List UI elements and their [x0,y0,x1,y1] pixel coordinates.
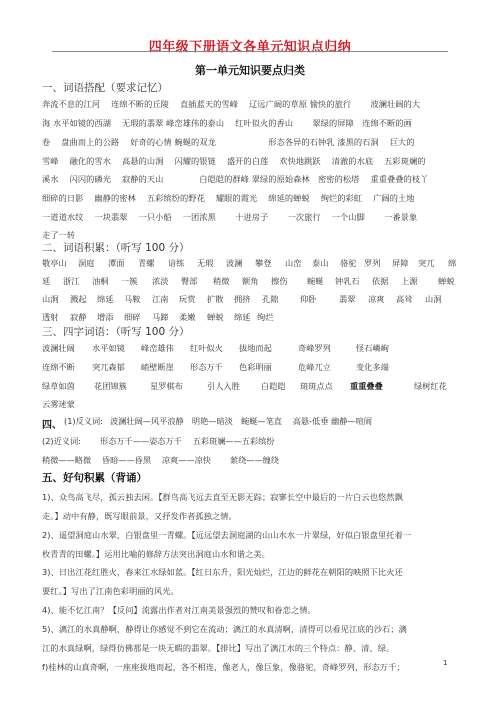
section1-line: 海 水平如镜的西湖 无瑕的翡翠 峰峦雄伟的泰山 红叶似火的香山 翠绿的屏障 连绵… [42,118,482,129]
section1-line: 细碎的日影 幽静的密林 五彩缤纷的野花 耀眼的霞光 绵延的蝉蜕 绚烂的彩虹 广阔… [42,193,482,204]
vocab-word: 油桐 [92,276,108,287]
vocab-word: 翡翠 [339,294,355,305]
vocab-word: 屏障 [392,258,408,269]
title-divider [52,51,448,52]
section1-line: 雪峰 融化的雪水 高悬的山涧 闪耀的银链 盛开的白莲 欢快地跳跃 清澈的水底 五… [42,156,482,167]
idiom: 重重叠叠 [350,381,383,392]
sentence-line: 5)、漓江的水真静啊，静得让你感觉不到它在流动；漓江的水真清啊，清得可以看见江底… [42,624,482,635]
unit-title: 第一单元知识要点归类 [0,62,500,78]
idiom: 绿草如茵 [42,381,75,392]
vocab-word: 绚烂 [257,312,273,323]
section4-heading: 四、 [42,416,62,431]
idiom: 变化多端 [356,362,389,373]
section1-heading: 一、词语搭配（要求记忆） [42,80,168,95]
idiom: 怪石嶙峋 [356,343,389,354]
sentence-line: 3)、日出江花红胜火，春来江水绿如蓝。【红日东升，阳光灿烂，江边的鲜花在朝阳的映… [42,567,482,578]
vocab-word: 一簇 [121,276,137,287]
vocab-word: 罗列 [364,258,380,269]
vocab-word: 仰卧 [300,294,316,305]
sentence-line: 枚青青的田螺。】运用比喻的修辞方法突出洞庭山水和谐之美。 [42,549,482,560]
antonyms-list: 波澜壮阔—风平浪静 明艳—暗淡 蜿蜒—笔直 高悬-低垂 幽静—喧闹 [110,416,372,427]
vocab-word: 浓淡 [152,276,168,287]
idiom: 波澜壮阔 [42,343,75,354]
vocab-word: 额角 [242,276,258,287]
vocab-word: 蜿蜒 [307,276,323,287]
vocab-word: 洞庭 [78,258,94,269]
idiom: 拔地而起 [239,343,272,354]
section1-line: 奔流不息的江河 连绵不断的丘陵 直插蓝天的雪峰 辽远广阔的草原 愉快的旅行 波澜… [42,99,482,110]
vocab-word: 蝉蜕 [438,276,454,287]
idiom: 星罗棋布 [150,381,183,392]
vocab-word: 拥挤 [234,294,250,305]
vocab-word: 臀部 [181,276,197,287]
antonyms-label: (1)反义词: [64,416,103,427]
idiom: 绿树红花 [414,381,447,392]
synonyms-label: (2)近义词: [42,436,81,447]
idiom: 峰峦雄伟 [141,343,174,354]
section1-line: 一道道水纹 一块翡翠 一只小船 一团浓黑 十进房子 一次旅行 一个山脚 一番景象 [42,212,482,223]
vocab-word: 绵延 [234,312,250,323]
sentence-line: 4)、能不忆江南？【反问】流露出作者对江南美景强烈的赞叹和眷恋之情。 [42,605,482,616]
idiom: 奇峰罗列 [298,343,331,354]
vocab-word: 青螺 [138,258,154,269]
vocab-word: 透射 [42,312,58,323]
sentence-line: 江的水真绿啊，绿得仿佛那是一块无暇的翡翠。【排比】写出了漓江水的三个特点：静、清… [42,643,482,654]
idiom: 红叶似火 [190,343,223,354]
idiom: 峭壁断崖 [141,362,174,373]
vocab-word: 蝉蜕 [207,312,223,323]
idiom: 危峰兀立 [298,362,331,373]
section5-heading: 五、好句积累（背诵） [42,470,147,485]
vocab-word: 上源 [401,276,417,287]
vocab-word: 山洞 [425,294,441,305]
section1-line: 溪水 闪闪的磷光 寂静的天山 白皑皑的群峰 翠绿的原始森林 密密的松塔 重重叠叠… [42,174,482,185]
vocab-word: 山峦 [285,258,301,269]
vocab-word: 稍微 [213,276,229,287]
vocab-word: 潭面 [108,258,124,269]
vocab-word: 延 [42,276,50,287]
vocab-word: 突兀 [418,258,434,269]
vocab-word: 细碎 [124,312,140,323]
vocab-word: 波澜 [226,258,242,269]
vocab-word: 玩赏 [179,294,195,305]
vocab-word: 敬亭山 [42,258,67,269]
vocab-word: 攀登 [255,258,271,269]
idiom: 花团锦簇 [94,381,127,392]
vocab-word: 山涧 [42,294,58,305]
synonyms-list: 形态万千——姿态万千 五彩斑斓——五彩缤纷 [100,436,275,447]
vocab-word: 谙练 [168,258,184,269]
sentence-line: 走。】动中有静，既写眼前景，又抒发作者孤独之情。 [42,511,482,522]
vocab-word: 钟乳石 [335,276,360,287]
vocab-word: 无瑕 [197,258,213,269]
vocab-word: 骆驼 [340,258,356,269]
idiom: 斑斑点点 [300,381,333,392]
idiom: 水平如镜 [92,343,125,354]
section1-line: 卷 盘曲而上的公路 好奇的心情 蜿蜒的双龙 形态各异的石钟乳 漆黑的石洞 巨大的 [42,137,482,148]
section2-heading: 二、词语积累：（听写 100 分） [42,240,189,255]
document-page: 四年级下册语文各单元知识点归纳 第一单元知识要点归类 一、词语搭配（要求记忆） … [0,0,500,707]
synonyms-list: 稍微——略微 昏暗——昏黑 凉爽——凉快 萦绕——缠绕 [42,455,279,466]
idiom: 白皑皑 [261,381,286,392]
vocab-word: 依据 [372,276,388,287]
page-number: 1 [443,659,447,667]
vocab-word: 高耸 [396,294,412,305]
vocab-word: 孔隙 [262,294,278,305]
vocab-word: 绵 [448,258,456,269]
idiom: 引人入胜 [207,381,240,392]
idiom: 形态万千 [190,362,223,373]
idiom: 连绵不断 [42,362,75,373]
sentence-line: 2)、遥望洞庭山水翠，白银盘里一青螺。【远远望去洞庭湖的山山水水一片翠绿，好似白… [42,530,482,541]
document-title: 四年级下册语文各单元知识点归纳 [0,36,500,55]
vocab-word: 凉爽 [368,294,384,305]
vocab-word: 绵延 [97,294,113,305]
vocab-word: 江南 [152,294,168,305]
vocab-word: 泰山 [312,258,328,269]
vocab-word: 扩散 [207,294,223,305]
vocab-word: 柔嫩 [179,312,195,323]
vocab-word: 马蹄 [152,312,168,323]
vocab-word: 擦伤 [271,276,287,287]
vocab-word: 增添 [97,312,113,323]
idiom: 突兀森郁 [92,362,125,373]
section3-heading: 三、四字词语：（听写 100 分） [42,324,189,339]
vocab-word: 马鞍 [124,294,140,305]
sentence-line: 1)、众鸟高飞尽，孤云独去闲。【群鸟高飞远去直至无影无踪；寂寥长空中最后的一片白… [42,492,482,503]
idiom: 云雾迷蒙 [42,399,75,410]
sentence-line: f)桂林的山真奇啊，一座座拔地而起，各不相连，像老人，像巨象，像骆驼，奇峰罗列，… [42,662,482,673]
vocab-word: 寂静 [70,312,86,323]
idiom: 色彩明丽 [239,362,272,373]
vocab-word: 浙江 [63,276,79,287]
vocab-word: 溅起 [70,294,86,305]
sentence-line: 要红。】写出了江南色彩明丽的风光。 [42,586,482,597]
